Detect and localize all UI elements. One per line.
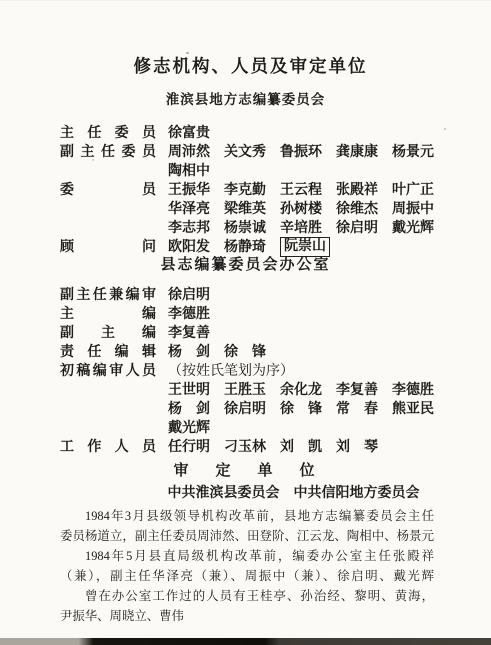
person-name: 欧阳发 (168, 238, 210, 257)
person-name: 辛培胜 (280, 219, 322, 238)
committee-heading: 淮滨县地方志编纂委员会 (0, 92, 491, 108)
row-label: 责任编辑 (60, 343, 156, 362)
person-name: 王胜玉 (224, 381, 266, 400)
person-name: 周沛然 (168, 143, 210, 162)
roster-row-draft-reviewers: 初稿编审人员 （按姓氏笔划为序） 王世明 王胜玉 余化龙 李复善 李德胜 杨 剑… (60, 362, 491, 438)
row-label: 副主任委员 (60, 143, 156, 162)
name-line: 徐富贵 (168, 124, 210, 143)
person-name: 徐启明 (168, 286, 210, 305)
person-name: 刘 凯 (280, 438, 322, 457)
person-name: 李复善 (168, 324, 210, 343)
roster-row-advisors: 顾问 欧阳发 杨静琦 阮崇山 (60, 238, 491, 257)
person-name: 徐维杰 (336, 200, 378, 219)
person-name: 杨 剑 (168, 400, 210, 419)
name-line: 任行明 刁玉林 刘 凯 刘 琴 (168, 438, 378, 457)
paragraph-line: （兼），副主任华泽亮（兼）、周振中（兼）、徐启明、戴光辉 (60, 566, 434, 586)
person-name: 杨静琦 (224, 238, 266, 257)
person-name: 戴光辉 (392, 219, 434, 238)
person-name: 杨景元 (392, 143, 434, 162)
office-roster: 副主任兼编审 徐启明 主编 李德胜 副主编 李复善 (60, 286, 491, 457)
person-name: 张殿祥 (336, 181, 378, 200)
name-line: 李复善 (168, 324, 210, 343)
person-name: 戴光辉 (168, 419, 210, 438)
name-line: 王振华 李克勤 王云程 张殿祥 叶广正 (168, 181, 434, 200)
roster-row-chief-editor: 主编 李德胜 (60, 305, 491, 324)
person-name-boxed: 阮崇山 (280, 237, 330, 257)
paragraph: 1984年5月县直局级机构改革前，编委办公室主任张殿祥 （兼），副主任华泽亮（兼… (60, 546, 434, 586)
name-line: 华泽亮 梁维英 孙树楼 徐维杰 周振中 (168, 200, 434, 219)
ink-speck (444, 128, 446, 130)
person-name: 杨崇诚 (224, 219, 266, 238)
row-label: 主任委员 (60, 124, 156, 143)
roster-row-responsible-editors: 责任编辑 杨 剑 徐 锋 (60, 343, 491, 362)
paragraph-line: 1984年5月县直局级机构改革前，编委办公室主任张殿祥 (60, 546, 434, 566)
paragraph-line: 尹振华、周晓立、曹伟 (60, 606, 434, 626)
history-paragraphs: 1984年3月县级领导机构改革前，县地方志编纂委员会主任 委员杨道立，副主任委员… (60, 506, 434, 626)
person-name: 李德胜 (392, 381, 434, 400)
person-name: 刁玉林 (224, 438, 266, 457)
person-name: 杨 剑 (168, 343, 210, 362)
name-line: 陶相中 (168, 162, 434, 181)
paragraph: 1984年3月县级领导机构改革前，县地方志编纂委员会主任 委员杨道立，副主任委员… (60, 506, 434, 546)
name-line: 戴光辉 (168, 419, 434, 438)
roster-row-deputy-director-editor: 副主任兼编审 徐启明 (60, 286, 491, 305)
paragraph-line: 曾在办公室工作过的人员有王桂亭、孙治经、黎明、黄海， (60, 586, 434, 606)
person-name: 梁维英 (224, 200, 266, 219)
roster-row-members: 委员 王振华 李克勤 王云程 张殿祥 叶广正 华泽亮 梁维英 孙树楼 徐维杰 周… (60, 181, 491, 238)
person-name: 王振华 (168, 181, 210, 200)
person-name: 李克勤 (224, 181, 266, 200)
name-line: 李德胜 (168, 305, 210, 324)
person-name: 关文秀 (224, 143, 266, 162)
person-name: 龚康康 (336, 143, 378, 162)
row-label: 初稿编审人员 (60, 362, 156, 381)
review-units-heading: 审定单位 (0, 463, 491, 480)
ink-speck (186, 52, 189, 54)
person-name: 余化龙 (280, 381, 322, 400)
person-name: 任行明 (168, 438, 210, 457)
person-name: 鲁振环 (280, 143, 322, 162)
office-heading: 县志编纂委员会办公室 (0, 257, 491, 274)
name-line: 王世明 王胜玉 余化龙 李复善 李德胜 (168, 381, 434, 400)
name-line: 欧阳发 杨静琦 阮崇山 (168, 238, 330, 257)
person-name: 周振中 (392, 200, 434, 219)
person-name: 徐 锋 (224, 343, 266, 362)
paragraph: 曾在办公室工作过的人员有王桂亭、孙治经、黎明、黄海， 尹振华、周晓立、曹伟 (60, 586, 434, 626)
person-name: 华泽亮 (168, 200, 210, 219)
person-name: 徐 锋 (280, 400, 322, 419)
person-name: 刘 琴 (336, 438, 378, 457)
row-label: 顾问 (60, 238, 156, 257)
page-bottom-scan-shadow (0, 638, 491, 645)
row-label: 副主任兼编审 (60, 286, 156, 305)
roster-row-staff: 工作人员 任行明 刁玉林 刘 凯 刘 琴 (60, 438, 491, 457)
person-name: 常 春 (336, 400, 378, 419)
person-name: 孙树楼 (280, 200, 322, 219)
person-name: 王世明 (168, 381, 210, 400)
person-name: 徐启明 (224, 400, 266, 419)
person-name: 王云程 (280, 181, 322, 200)
row-label: 主编 (60, 305, 156, 324)
document-page: 修志机构、人员及审定单位 淮滨县地方志编纂委员会 主任委员 徐富贵 副主任委员 … (0, 0, 491, 645)
surname-stroke-order-note: （按姓氏笔划为序） (168, 362, 434, 381)
person-name: 徐富贵 (168, 124, 210, 143)
row-label: 副主编 (60, 324, 156, 343)
person-name: 李复善 (336, 381, 378, 400)
name-line: 李志邦 杨崇诚 辛培胜 徐启明 戴光辉 (168, 219, 434, 238)
person-name: 叶广正 (392, 181, 434, 200)
paragraph-line: 委员杨道立，副主任委员周沛然、田登阶、江云龙、陶相中、杨景元 (60, 526, 434, 546)
name-line: 杨 剑 徐启明 徐 锋 常 春 熊亚民 (168, 400, 434, 419)
person-name: 李志邦 (168, 219, 210, 238)
name-line: 杨 剑 徐 锋 (168, 343, 266, 362)
row-label: 委员 (60, 181, 156, 200)
review-units-line: 中共淮滨县委员会 中共信阳地方委员会 (96, 486, 491, 502)
person-name: 熊亚民 (392, 400, 434, 419)
roster-row-chairman: 主任委员 徐富贵 (60, 124, 491, 143)
row-label: 工作人员 (60, 438, 156, 457)
committee-roster: 主任委员 徐富贵 副主任委员 周沛然 关文秀 鲁振环 龚康康 杨景元 陶相中 (60, 124, 491, 257)
person-name: 陶相中 (168, 162, 210, 181)
ink-speck (92, 159, 94, 161)
person-name: 李德胜 (168, 305, 210, 324)
roster-row-deputy-chief-editor: 副主编 李复善 (60, 324, 491, 343)
person-name: 徐启明 (336, 219, 378, 238)
paragraph-line: 1984年3月县级领导机构改革前，县地方志编纂委员会主任 (60, 506, 434, 526)
roster-row-vice-chairmen: 副主任委员 周沛然 关文秀 鲁振环 龚康康 杨景元 陶相中 (60, 143, 491, 181)
name-line: 周沛然 关文秀 鲁振环 龚康康 杨景元 (168, 143, 434, 162)
name-line: 徐启明 (168, 286, 210, 305)
page-title: 修志机构、人员及审定单位 (0, 1, 491, 76)
